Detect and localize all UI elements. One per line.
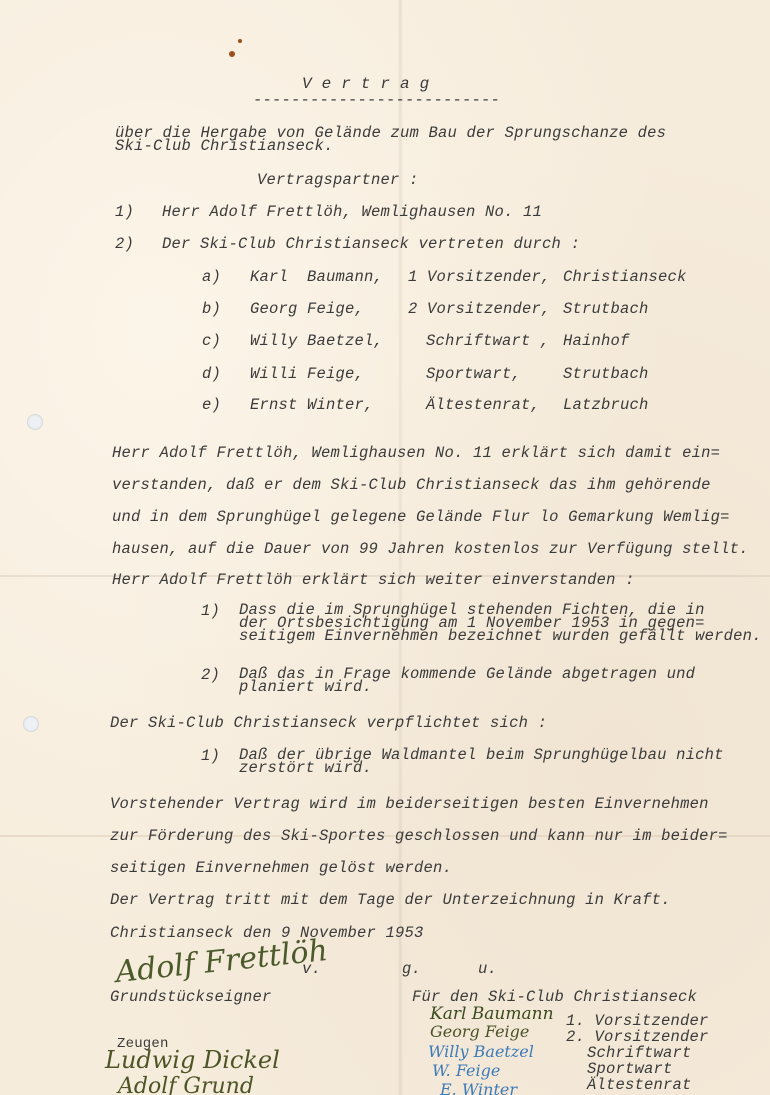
rep-name: Ernst Winter, xyxy=(250,398,374,413)
rep-place: Christianseck xyxy=(563,270,687,285)
party-2: Der Ski-Club Christianseck vertreten dur… xyxy=(162,237,580,252)
club-role: Sportwart xyxy=(587,1062,673,1077)
club-role: Ältestenrat xyxy=(587,1078,692,1093)
text-line: verstanden, daß er dem Ski-Club Christia… xyxy=(112,478,711,493)
text-line: seitigem Einvernehmen bezeichnet wurden … xyxy=(239,630,762,643)
rep-name: Georg Feige, xyxy=(250,302,364,317)
club-signature: Karl Baumann xyxy=(430,1004,554,1024)
text-line: Herr Adolf Frettlöh erklärt sich weiter … xyxy=(112,573,635,588)
party-number: 2) xyxy=(115,237,134,252)
club-signature: W. Feige xyxy=(432,1061,500,1080)
rep-letter: d) xyxy=(202,367,221,382)
subject-line: Ski-Club Christianseck. xyxy=(115,139,334,154)
rep-name: Karl Baumann, xyxy=(250,270,383,285)
text-line: zur Förderung des Ski-Sportes geschlosse… xyxy=(110,829,728,844)
rep-place: Latzbruch xyxy=(563,398,649,413)
text-line: und in dem Sprunghügel gelegene Gelände … xyxy=(112,510,730,525)
text-line: hausen, auf die Dauer von 99 Jahren kost… xyxy=(112,542,749,557)
rep-name: Willi Feige, xyxy=(250,367,364,382)
club-signature: E. Winter xyxy=(440,1080,517,1095)
club-role: 2. Vorsitzender xyxy=(566,1030,709,1045)
rep-role: 2 Vorsitzender, xyxy=(408,302,551,317)
rep-place: Strutbach xyxy=(563,367,649,382)
ink-stain xyxy=(238,39,242,43)
rep-role: Schriftwart , xyxy=(426,334,550,349)
text-line: g. u. xyxy=(402,962,497,977)
text-line: seitigen Einvernehmen gelöst werden. xyxy=(110,861,452,876)
rep-place: Strutbach xyxy=(563,302,649,317)
text-line: Der Vertrag tritt mit dem Tage der Unter… xyxy=(110,893,671,908)
text-line: Herr Adolf Frettlöh, Wemlighausen No. 11… xyxy=(112,446,720,461)
title-underline: -------------------------- xyxy=(253,93,500,108)
party-1: Herr Adolf Frettlöh, Wemlighausen No. 11 xyxy=(162,205,542,220)
item-number: 1) xyxy=(201,749,220,764)
text-line: planiert wird. xyxy=(239,681,372,694)
witness-signature: Ludwig Dickel xyxy=(105,1046,280,1074)
item-number: 1) xyxy=(201,604,220,619)
owner-label: Grundstückseigner xyxy=(110,990,272,1005)
punch-hole xyxy=(27,414,43,430)
rep-letter: c) xyxy=(202,334,221,349)
club-signature: Georg Feige xyxy=(430,1022,529,1041)
club-obligations-heading: Der Ski-Club Christianseck verpflichtet … xyxy=(110,716,547,731)
club-label: Für den Ski-Club Christianseck xyxy=(412,990,697,1005)
ink-stain xyxy=(229,51,235,57)
rep-letter: a) xyxy=(202,270,221,285)
club-role: 1. Vorsitzender xyxy=(566,1014,709,1029)
rep-place: Hainhof xyxy=(563,334,630,349)
partners-heading: Vertragspartner : xyxy=(257,173,419,188)
rep-role: Ältestenrat, xyxy=(426,398,540,413)
club-role: Schriftwart xyxy=(587,1046,692,1061)
rep-letter: b) xyxy=(202,302,221,317)
club-signature: Willy Baetzel xyxy=(428,1042,534,1061)
text-line: Vorstehender Vertrag wird im beiderseiti… xyxy=(110,797,709,812)
witness-signature: Adolf Grund xyxy=(118,1074,254,1095)
text-line: zerstört wird. xyxy=(239,762,372,775)
party-number: 1) xyxy=(115,205,134,220)
rep-role: 1 Vorsitzender, xyxy=(408,270,551,285)
rep-role: Sportwart, xyxy=(426,367,521,382)
rep-name: Willy Baetzel, xyxy=(250,334,383,349)
document-title: V e r t r a g xyxy=(302,77,429,92)
text-line: v. xyxy=(302,962,321,977)
punch-hole xyxy=(23,716,39,732)
rep-letter: e) xyxy=(202,398,221,413)
item-number: 2) xyxy=(201,668,220,683)
